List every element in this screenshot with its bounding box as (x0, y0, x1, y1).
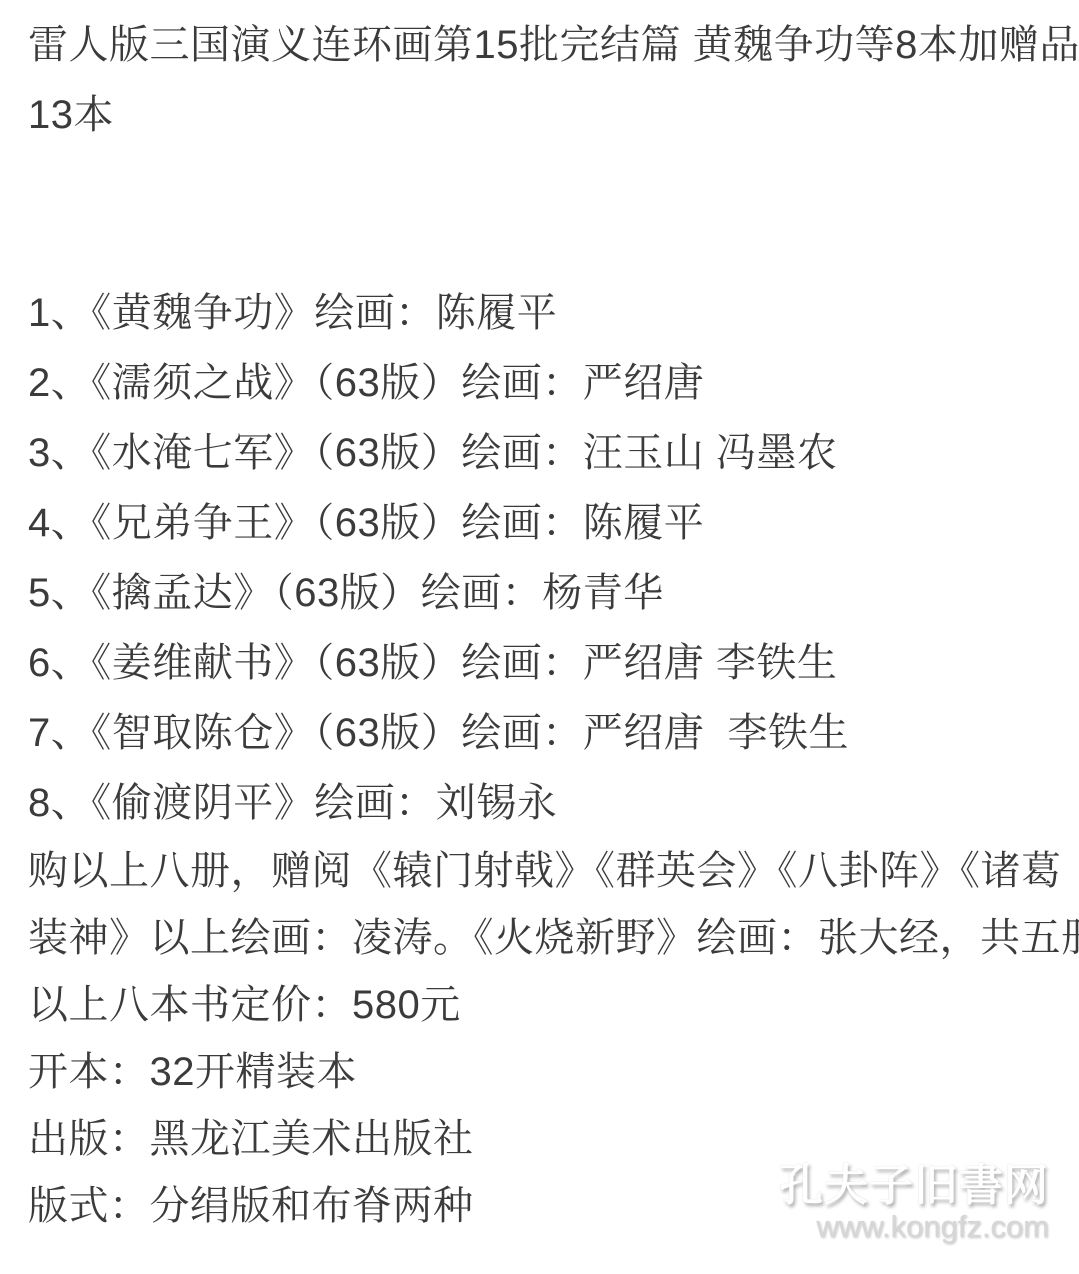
description-body: 雷人版三国演义连环画第15批完结篇 黄魏争功等8本加赠品共 13本 1、《黄魏争… (0, 0, 1079, 1240)
spec-price: 以上八本书定价：580元 (28, 972, 1051, 1039)
book-list-item-3: 3、《水淹七军》（63版）绘画：汪玉山 冯墨农 (28, 418, 1051, 488)
bonus-paragraph-line1: 购以上八册，赠阅《辕门射戟》《群英会》《八卦阵》《诸葛 (28, 838, 1051, 905)
listing-title-line1: 雷人版三国演义连环画第15批完结篇 黄魏争功等8本加赠品共 (28, 10, 1051, 80)
bonus-paragraph-line2: 装神》以上绘画：凌涛。《火烧新野》绘画：张大经，共五册 (28, 905, 1051, 972)
book-list-item-1: 1、《黄魏争功》绘画：陈履平 (28, 278, 1051, 348)
spec-binding-layout: 版式：分绢版和布脊两种 (28, 1173, 1051, 1240)
title-list-spacer (28, 150, 1051, 278)
book-list-item-5: 5、《擒孟达》（63版）绘画：杨青华 (28, 558, 1051, 628)
spec-publisher: 出版：黑龙江美术出版社 (28, 1106, 1051, 1173)
book-list-item-8: 8、《偷渡阴平》绘画：刘锡永 (28, 768, 1051, 838)
listing-description-page: 雷人版三国演义连环画第15批完结篇 黄魏争功等8本加赠品共 13本 1、《黄魏争… (0, 0, 1079, 1274)
spec-format: 开本：32开精装本 (28, 1039, 1051, 1106)
book-list-item-4: 4、《兄弟争王》（63版）绘画：陈履平 (28, 488, 1051, 558)
book-list-item-6: 6、《姜维献书》（63版）绘画：严绍唐 李铁生 (28, 628, 1051, 698)
book-list-item-2: 2、《濡须之战》（63版）绘画：严绍唐 (28, 348, 1051, 418)
listing-title-line2: 13本 (28, 80, 1051, 150)
book-list-item-7: 7、《智取陈仓》（63版）绘画：严绍唐 李铁生 (28, 698, 1051, 768)
